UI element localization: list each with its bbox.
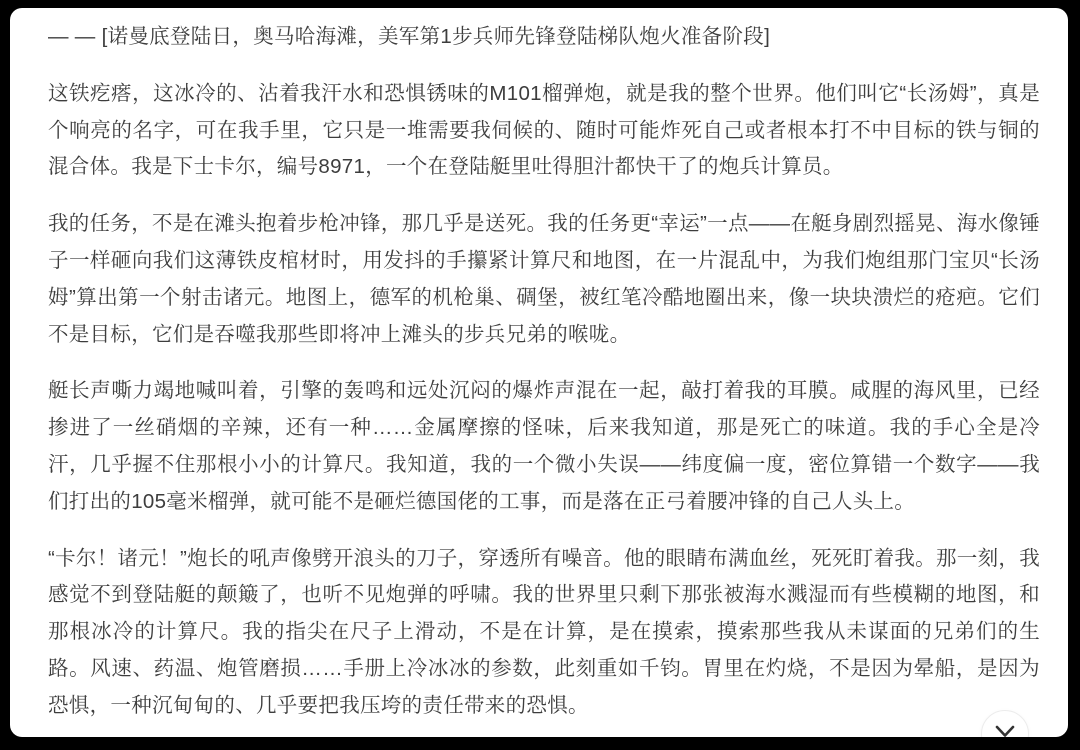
story-paragraph-4: “卡尔！诸元！”炮长的吼声像劈开浪头的刀子，穿透所有噪音。他的眼睛布满血丝，死死… — [48, 541, 1040, 725]
story-paragraph-1: 这铁疙瘩，这冰冷的、沾着我汗水和恐惧锈味的M101榴弹炮，就是我的整个世界。他们… — [48, 76, 1040, 186]
story-paragraph-3: 艇长声嘶力竭地喊叫着，引擎的轰鸣和远处沉闷的爆炸声混在一起，敲打着我的耳膜。咸腥… — [48, 373, 1040, 520]
document-content: — — [诺曼底登陆日，奥马哈海滩，美军第1步兵师先锋登陆梯队炮火准备阶段] 这… — [10, 8, 1068, 725]
document-panel: — — [诺曼底登陆日，奥马哈海滩，美军第1步兵师先锋登陆梯队炮火准备阶段] 这… — [10, 8, 1068, 737]
scene-header: — — [诺曼底登陆日，奥马哈海滩，美军第1步兵师先锋登陆梯队炮火准备阶段] — [48, 19, 1040, 56]
chevron-down-icon — [995, 725, 1015, 737]
story-paragraph-2: 我的任务，不是在滩头抱着步枪冲锋，那几乎是送死。我的任务更“幸运”一点——在艇身… — [48, 206, 1040, 353]
